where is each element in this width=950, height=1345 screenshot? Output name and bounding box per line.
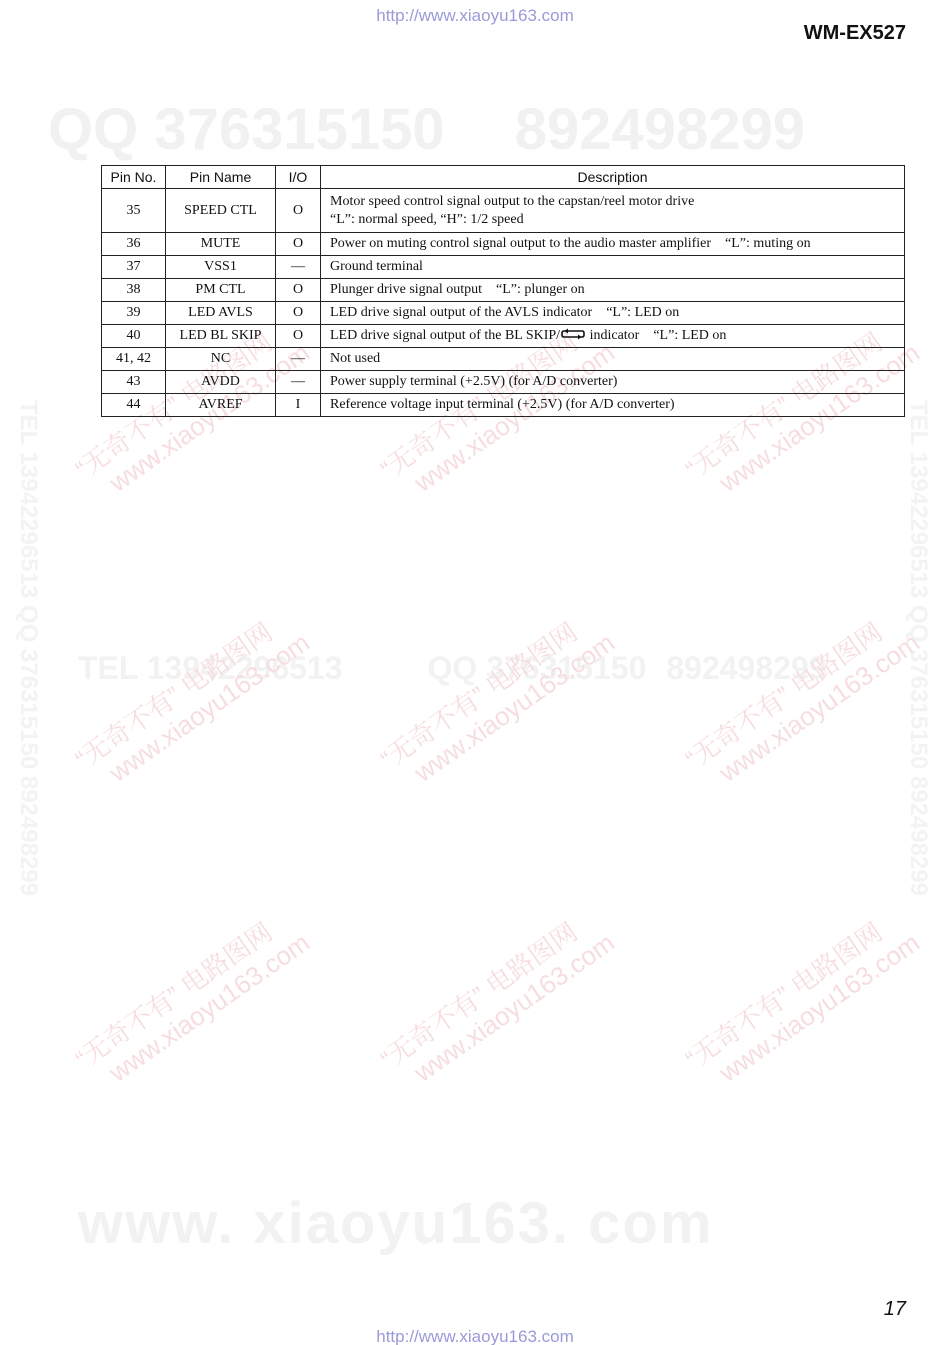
description-line: Ground terminal <box>330 258 904 276</box>
io-cell: O <box>276 189 321 233</box>
header-pin-no: Pin No. <box>102 166 166 189</box>
description-cell: Plunger drive signal output “L”: plunger… <box>321 279 905 302</box>
description-line: LED drive signal output of the BL SKIP/ … <box>330 327 904 345</box>
table-row: 39LED AVLSOLED drive signal output of th… <box>102 302 905 325</box>
pin-number-cell: 37 <box>102 256 166 279</box>
pin-name-cell: SPEED CTL <box>166 189 276 233</box>
table-row: 38PM CTLOPlunger drive signal output “L”… <box>102 279 905 302</box>
table-header-row: Pin No. Pin Name I/O Description <box>102 166 905 189</box>
pin-name-cell: LED AVLS <box>166 302 276 325</box>
watermark-diagonal: “无奇不有” 电路图网www.xiaoyu163.com <box>70 903 315 1100</box>
pin-number-cell: 36 <box>102 233 166 256</box>
description-line: Plunger drive signal output “L”: plunger… <box>330 281 904 299</box>
pin-name-cell: VSS1 <box>166 256 276 279</box>
io-cell: — <box>276 256 321 279</box>
description-line: Motor speed control signal output to the… <box>330 193 904 211</box>
table-row: 36MUTEOPower on muting control signal ou… <box>102 233 905 256</box>
pin-name-cell: AVREF <box>166 394 276 417</box>
table-row: 40LED BL SKIPOLED drive signal output of… <box>102 325 905 348</box>
description-cell: Power supply terminal (+2.5V) (for A/D c… <box>321 371 905 394</box>
description-line: Power supply terminal (+2.5V) (for A/D c… <box>330 373 904 391</box>
table-row: 43AVDD—Power supply terminal (+2.5V) (fo… <box>102 371 905 394</box>
watermark-diagonal: “无奇不有” 电路图网www.xiaoyu163.com <box>375 903 620 1100</box>
watermark-side-left: TEL 13942296513 QQ 376315150 892498299 <box>14 400 42 896</box>
pin-name-cell: PM CTL <box>166 279 276 302</box>
description-cell: Motor speed control signal output to the… <box>321 189 905 233</box>
description-text: indicator “L”: LED on <box>586 328 726 343</box>
footer-url[interactable]: http://www.xiaoyu163.com <box>0 1327 950 1345</box>
pin-number-cell: 41, 42 <box>102 348 166 371</box>
watermark-bottom: www. xiaoyu163. com <box>78 1190 713 1257</box>
description-cell: Reference voltage input terminal (+2.5V)… <box>321 394 905 417</box>
io-cell: — <box>276 348 321 371</box>
io-cell: O <box>276 233 321 256</box>
pin-number-cell: 39 <box>102 302 166 325</box>
watermark-side-right: TEL 13942296513 QQ 376315150 892498299 <box>904 400 932 896</box>
header-description: Description <box>321 166 905 189</box>
watermark-diagonal: “无奇不有” 电路图网www.xiaoyu163.com <box>375 603 620 800</box>
table-row: 44AVREFIReference voltage input terminal… <box>102 394 905 417</box>
repeat-icon <box>560 328 586 340</box>
description-line: LED drive signal output of the AVLS indi… <box>330 304 904 322</box>
io-cell: — <box>276 371 321 394</box>
io-cell: O <box>276 302 321 325</box>
description-cell: Not used <box>321 348 905 371</box>
watermark-tel: TEL 13942296513QQ 376315150892498299 <box>78 650 827 687</box>
table-row: 35SPEED CTLOMotor speed control signal o… <box>102 189 905 233</box>
pin-name-cell: AVDD <box>166 371 276 394</box>
pin-number-cell: 35 <box>102 189 166 233</box>
table-row: 41, 42NC—Not used <box>102 348 905 371</box>
pin-name-cell: MUTE <box>166 233 276 256</box>
description-cell: LED drive signal output of the BL SKIP/ … <box>321 325 905 348</box>
pin-number-cell: 38 <box>102 279 166 302</box>
header-pin-name: Pin Name <box>166 166 276 189</box>
description-line: Reference voltage input terminal (+2.5V)… <box>330 396 904 414</box>
description-cell: Power on muting control signal output to… <box>321 233 905 256</box>
io-cell: I <box>276 394 321 417</box>
watermark-diagonal: “无奇不有” 电路图网www.xiaoyu163.com <box>680 903 925 1100</box>
pin-name-cell: LED BL SKIP <box>166 325 276 348</box>
watermark-diagonal: “无奇不有” 电路图网www.xiaoyu163.com <box>680 603 925 800</box>
description-line: Power on muting control signal output to… <box>330 235 904 253</box>
description-line: Not used <box>330 350 904 368</box>
io-cell: O <box>276 279 321 302</box>
pin-description-table: Pin No. Pin Name I/O Description 35SPEED… <box>101 165 905 417</box>
io-cell: O <box>276 325 321 348</box>
pin-number-cell: 40 <box>102 325 166 348</box>
description-cell: Ground terminal <box>321 256 905 279</box>
model-number: WM-EX527 <box>804 22 906 45</box>
watermark-diagonal: “无奇不有” 电路图网www.xiaoyu163.com <box>70 603 315 800</box>
pin-number-cell: 44 <box>102 394 166 417</box>
pin-number-cell: 43 <box>102 371 166 394</box>
header-io: I/O <box>276 166 321 189</box>
description-line: “L”: normal speed, “H”: 1/2 speed <box>330 211 904 229</box>
pin-name-cell: NC <box>166 348 276 371</box>
table-row: 37VSS1—Ground terminal <box>102 256 905 279</box>
page-number: 17 <box>884 1298 906 1321</box>
watermark-qq: QQ 376315150892498299 <box>48 96 805 163</box>
description-cell: LED drive signal output of the AVLS indi… <box>321 302 905 325</box>
description-text: LED drive signal output of the BL SKIP/ <box>330 328 560 343</box>
